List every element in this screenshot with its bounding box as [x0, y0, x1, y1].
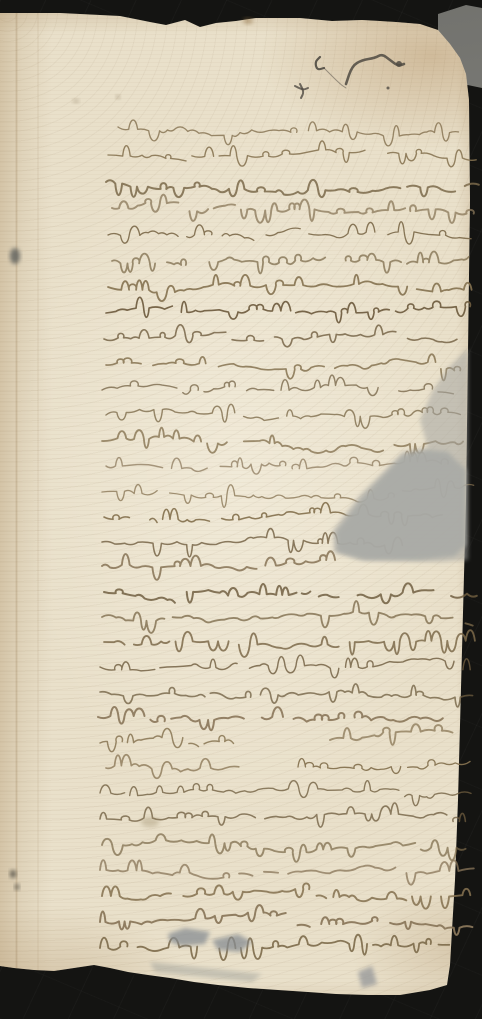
ink-marks-layer: [295, 55, 404, 98]
stain: [358, 966, 377, 988]
handwriting-line: [102, 883, 470, 909]
handwriting-overlay: [0, 0, 482, 1019]
handwriting-line: [106, 754, 239, 778]
handwriting-line: [100, 904, 473, 935]
handwriting-line: [100, 728, 234, 752]
handwriting-line: [106, 294, 471, 325]
handwriting-line: [100, 683, 473, 707]
handwriting-line: [100, 859, 474, 885]
stain: [243, 18, 253, 24]
handwriting-line: [98, 707, 443, 730]
handwriting-line: [118, 120, 459, 146]
handwriting-line: [106, 402, 461, 431]
handwriting-line: [100, 934, 449, 961]
handwriting-line: [106, 352, 461, 380]
ink-mark: [324, 68, 346, 88]
stain: [15, 884, 20, 890]
stain: [168, 928, 210, 946]
handwriting-line: [102, 599, 473, 636]
stain: [73, 99, 79, 103]
ink-mark: [346, 55, 404, 84]
ink-mark: [396, 61, 402, 67]
stain: [141, 817, 159, 827]
stain: [212, 934, 252, 952]
handwriting-line: [330, 724, 453, 745]
handwriting-line: [100, 779, 471, 807]
handwriting-line: [108, 222, 471, 246]
handwriting-line: [102, 834, 466, 864]
handwriting-line: [112, 251, 469, 273]
ink-mark: [387, 87, 390, 90]
handwriting-line: [108, 140, 476, 169]
stain: [150, 962, 262, 982]
photo-of-manuscript: [0, 0, 482, 1019]
handwriting-line: [102, 551, 335, 580]
handwriting-line: [104, 323, 457, 348]
handwriting-line: [104, 630, 475, 657]
handwriting-line: [100, 655, 470, 678]
handwriting-line: [104, 581, 477, 605]
stain: [116, 95, 120, 99]
stain: [10, 248, 20, 264]
ink-mark: [300, 84, 303, 98]
handwriting-line: [102, 374, 453, 395]
ink-mark: [316, 57, 324, 69]
handwriting-line: [112, 194, 474, 225]
stain: [10, 870, 16, 878]
handwriting-line: [108, 274, 472, 301]
handwriting-line: [298, 757, 470, 774]
